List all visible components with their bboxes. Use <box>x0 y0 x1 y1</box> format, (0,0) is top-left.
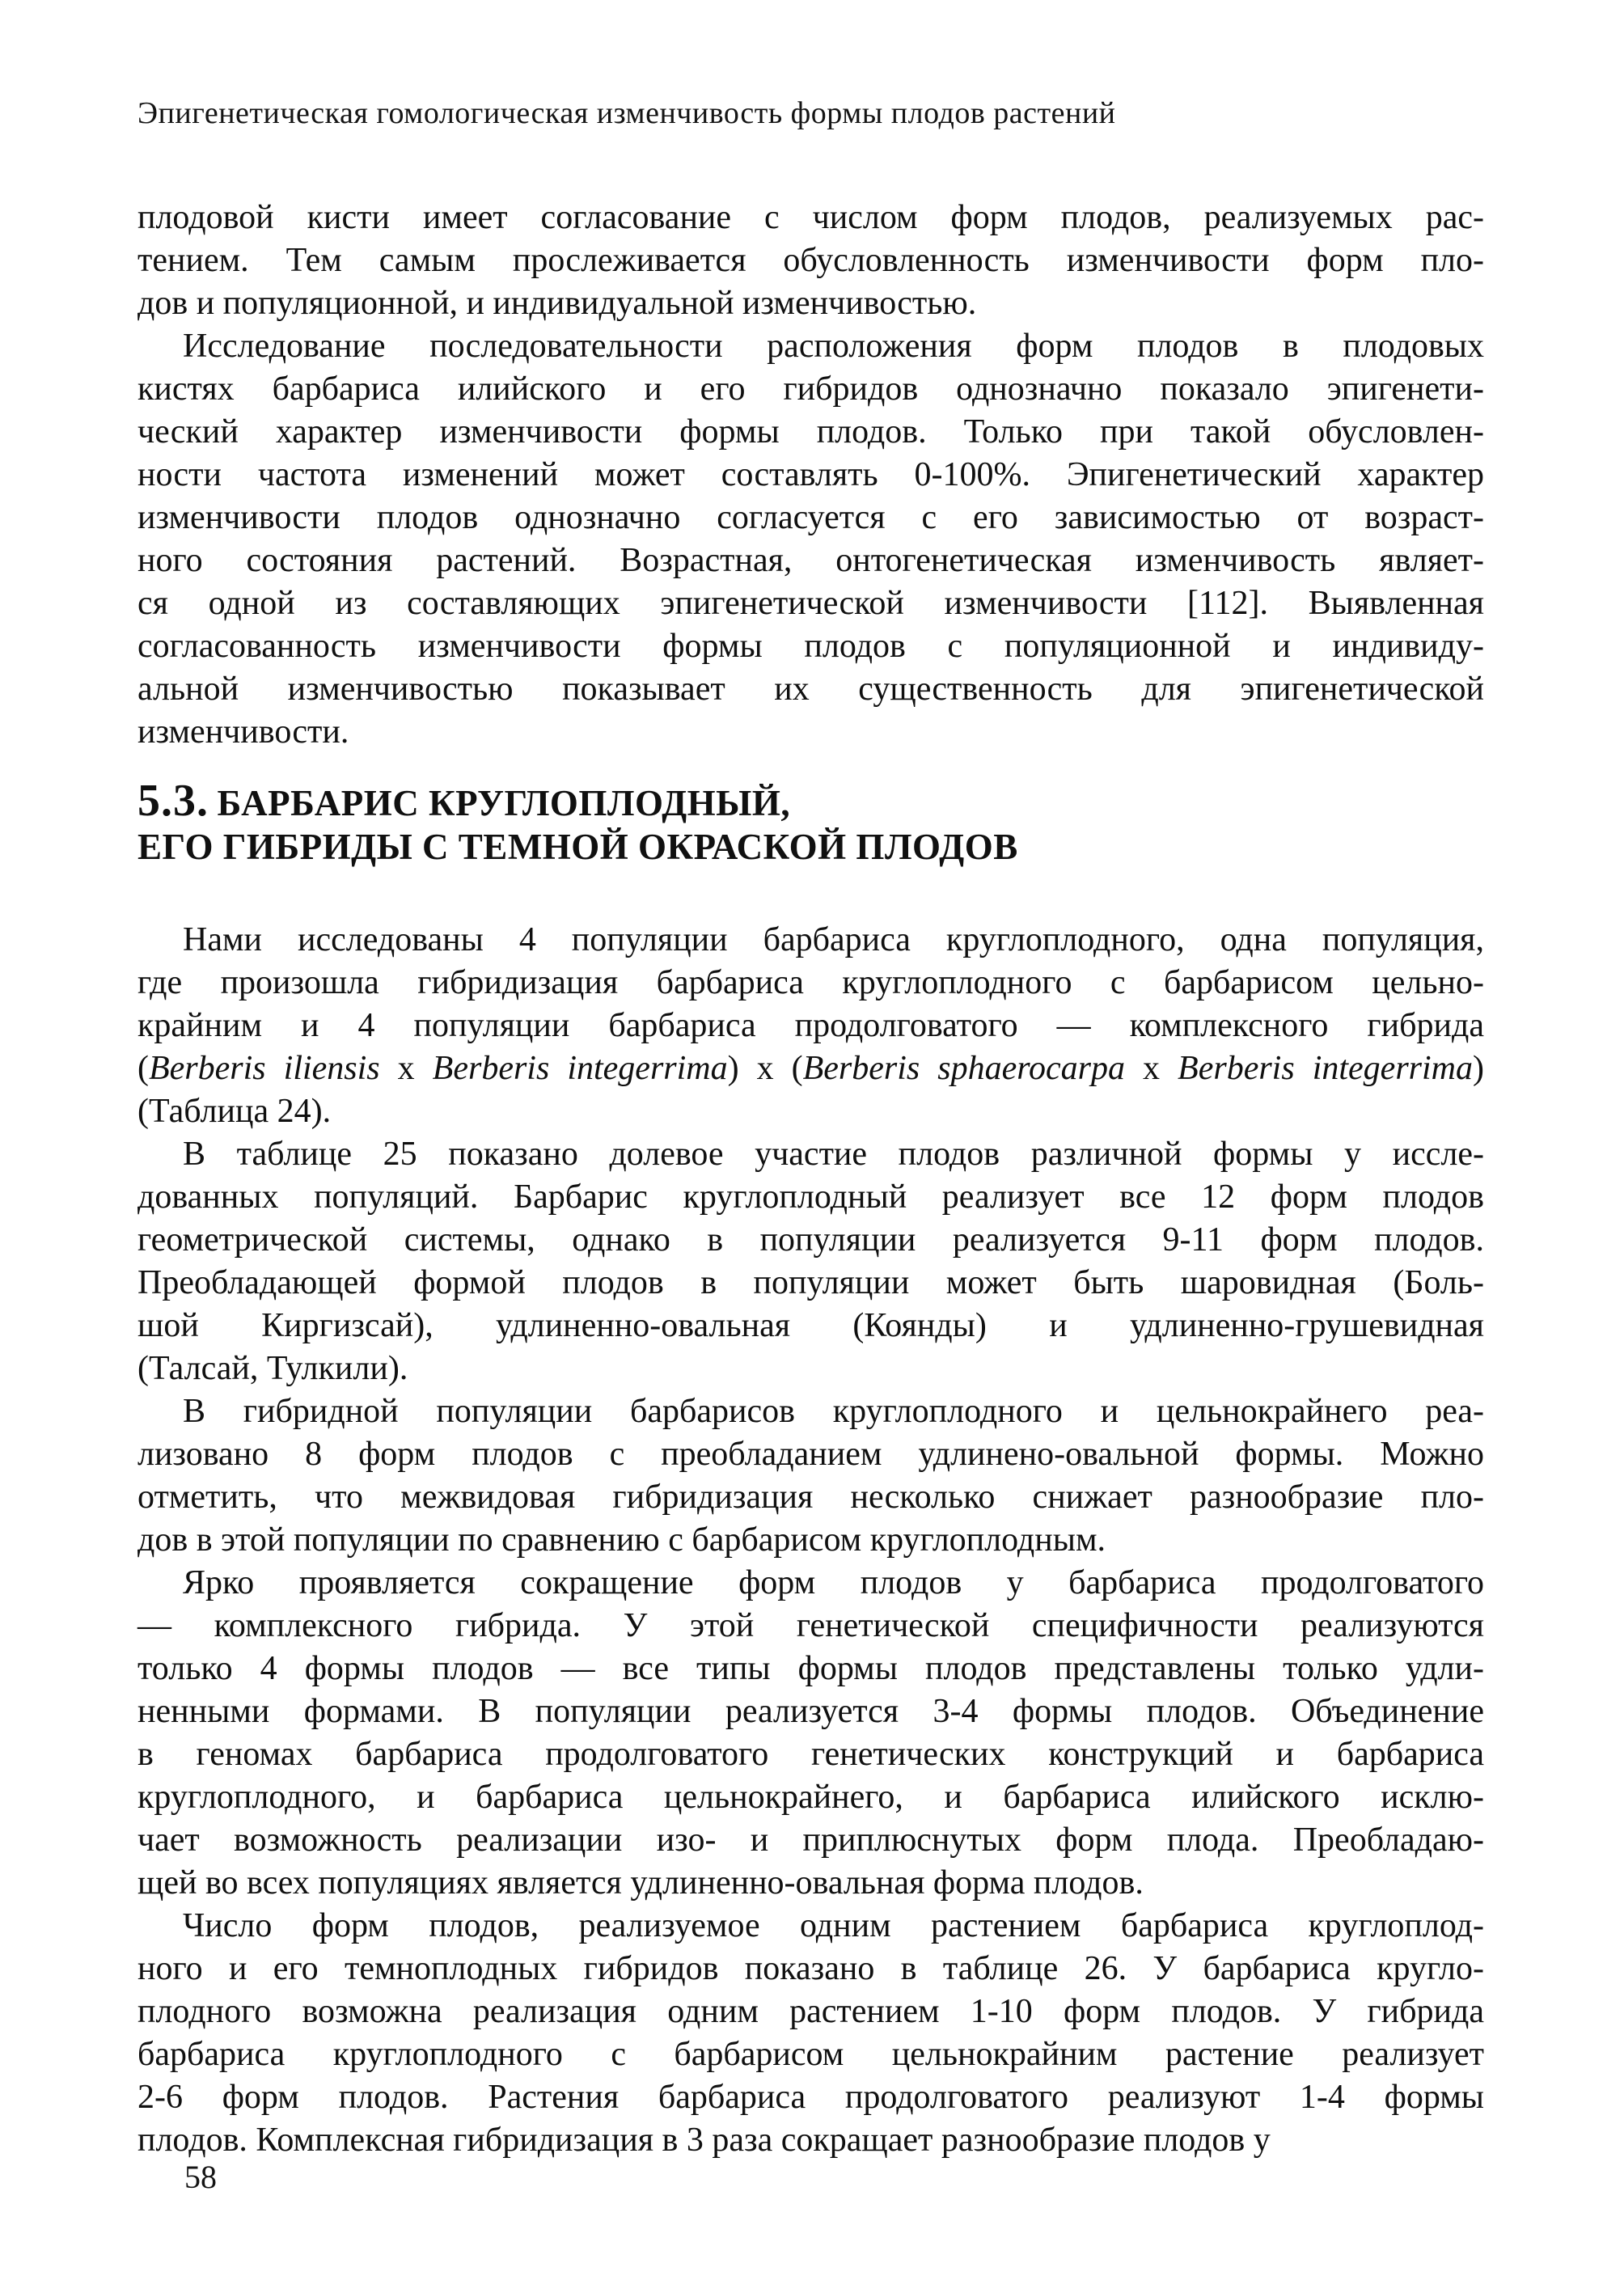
text-line: дованных популяций. Барбарис круглоплодн… <box>137 1176 1484 1219</box>
text-line: только 4 формы плодов — все типы формы п… <box>137 1648 1484 1690</box>
latin-species-name: Berberis integerrima <box>1178 1050 1473 1087</box>
text-line: изменчивости. <box>137 711 1484 754</box>
text-line: ности частота изменений может составлять… <box>137 454 1484 497</box>
text-line: (Таблица 24). <box>137 1090 1484 1133</box>
text-segment: ) х ( <box>728 1050 803 1087</box>
text-line: плодного возможна реализация одним расте… <box>137 1991 1484 2033</box>
latin-species-name: Berberis iliensis <box>149 1050 380 1087</box>
text-block-before-heading: плодовой кисти имеет согласование с числ… <box>137 197 1484 754</box>
section-title-line-1: БАРБАРИС КРУГЛОПЛОДНЫЙ, <box>218 783 791 823</box>
text-line: плодовой кисти имеет согласование с числ… <box>137 197 1484 239</box>
latin-species-name: Berberis sphaerocarpa <box>803 1050 1125 1087</box>
paragraph: Ярко проявляется сокращение форм плодов … <box>137 1562 1484 1905</box>
text-line: В гибридной популяции барбарисов круглоп… <box>137 1390 1484 1433</box>
section-number: 5.3. <box>137 776 209 826</box>
paragraph: В гибридной популяции барбарисов круглоп… <box>137 1390 1484 1562</box>
text-line: круглоплодного, и барбариса цельнокрайне… <box>137 1776 1484 1819</box>
paragraph: Нами исследованы 4 популяции барбариса к… <box>137 919 1484 1133</box>
text-line: ного состояния растений. Возрастная, онт… <box>137 539 1484 582</box>
text-line: отметить, что межвидовая гибридизация не… <box>137 1476 1484 1519</box>
text-line: чает возможность реализации изо- и припл… <box>137 1819 1484 1862</box>
text-line: ческий характер изменчивости формы плодо… <box>137 411 1484 454</box>
text-line: ненными формами. В популяции реализуется… <box>137 1690 1484 1733</box>
text-line: 2-6 форм плодов. Растения барбариса прод… <box>137 2076 1484 2119</box>
text-line: в геномах барбариса продолговатого генет… <box>137 1733 1484 1776</box>
text-line: тением. Тем самым прослеживается обуслов… <box>137 239 1484 282</box>
text-line: Число форм плодов, реализуемое одним рас… <box>137 1905 1484 1948</box>
latin-species-name: Berberis integerrima <box>433 1050 728 1087</box>
paragraph: В таблице 25 показано долевое участие пл… <box>137 1133 1484 1390</box>
text-line: ного и его темноплодных гибридов показан… <box>137 1948 1484 1991</box>
text-line: барбариса круглоплодного с барбарисом це… <box>137 2033 1484 2076</box>
text-line: (Талсай, Тулкили). <box>137 1347 1484 1390</box>
text-block-after-heading: Нами исследованы 4 популяции барбариса к… <box>137 919 1484 2162</box>
text-line: шой Киргизсай), удлиненно-овальная (Коян… <box>137 1305 1484 1347</box>
text-line: Преобладающей формой плодов в популяции … <box>137 1262 1484 1305</box>
text-line: — комплексного гибрида. У этой генетичес… <box>137 1605 1484 1648</box>
text-line: Нами исследованы 4 популяции барбариса к… <box>137 919 1484 962</box>
text-line: альной изменчивостью показывает их сущес… <box>137 668 1484 711</box>
text-line: (Berberis iliensis х Berberis integerrim… <box>137 1047 1484 1090</box>
text-segment: ) <box>1473 1050 1484 1087</box>
text-line: геометрической системы, однако в популяц… <box>137 1219 1484 1262</box>
text-line: дов и популяционной, и индивидуальной из… <box>137 282 1484 325</box>
section-heading: 5.3. БАРБАРИС КРУГЛОПЛОДНЫЙ, ЕГО ГИБРИДЫ… <box>137 778 1484 870</box>
text-line: Ярко проявляется сокращение форм плодов … <box>137 1562 1484 1605</box>
text-segment: х <box>1125 1050 1178 1087</box>
text-line: крайним и 4 популяции барбариса продолго… <box>137 1005 1484 1047</box>
page-body-text: плодовой кисти имеет согласование с числ… <box>137 197 1484 2162</box>
text-line: лизовано 8 форм плодов с преобладанием у… <box>137 1433 1484 1476</box>
paragraph: Число форм плодов, реализуемое одним рас… <box>137 1905 1484 2162</box>
text-line: где произошла гибридизация барбариса кру… <box>137 962 1484 1005</box>
text-line: дов в этой популяции по сравнению с барб… <box>137 1519 1484 1562</box>
text-line: ся одной из составляющих эпигенетической… <box>137 582 1484 625</box>
text-line: Исследование последовательности располож… <box>137 325 1484 368</box>
text-segment: ( <box>137 1050 149 1087</box>
book-page: Эпигенетическая гомологическая изменчиво… <box>0 0 1624 2293</box>
section-heading-line-1: 5.3. БАРБАРИС КРУГЛОПЛОДНЫЙ, <box>137 778 1484 824</box>
paragraph: Исследование последовательности располож… <box>137 325 1484 754</box>
text-line: В таблице 25 показано долевое участие пл… <box>137 1133 1484 1176</box>
text-line: плодов. Комплексная гибридизация в 3 раз… <box>137 2119 1484 2162</box>
section-title-line-2: ЕГО ГИБРИДЫ С ТЕМНОЙ ОКРАСКОЙ ПЛОДОВ <box>137 824 1484 870</box>
text-line: согласованность изменчивости формы плодо… <box>137 625 1484 668</box>
text-line: щей во всех популяциях является удлиненн… <box>137 1862 1484 1905</box>
text-line: кистях барбариса илийского и его гибридо… <box>137 368 1484 411</box>
text-line: изменчивости плодов однозначно согласует… <box>137 497 1484 539</box>
text-segment: х <box>380 1050 433 1087</box>
page-number: 58 <box>184 2158 217 2196</box>
running-header: Эпигенетическая гомологическая изменчиво… <box>137 94 1484 133</box>
paragraph: плодовой кисти имеет согласование с числ… <box>137 197 1484 325</box>
